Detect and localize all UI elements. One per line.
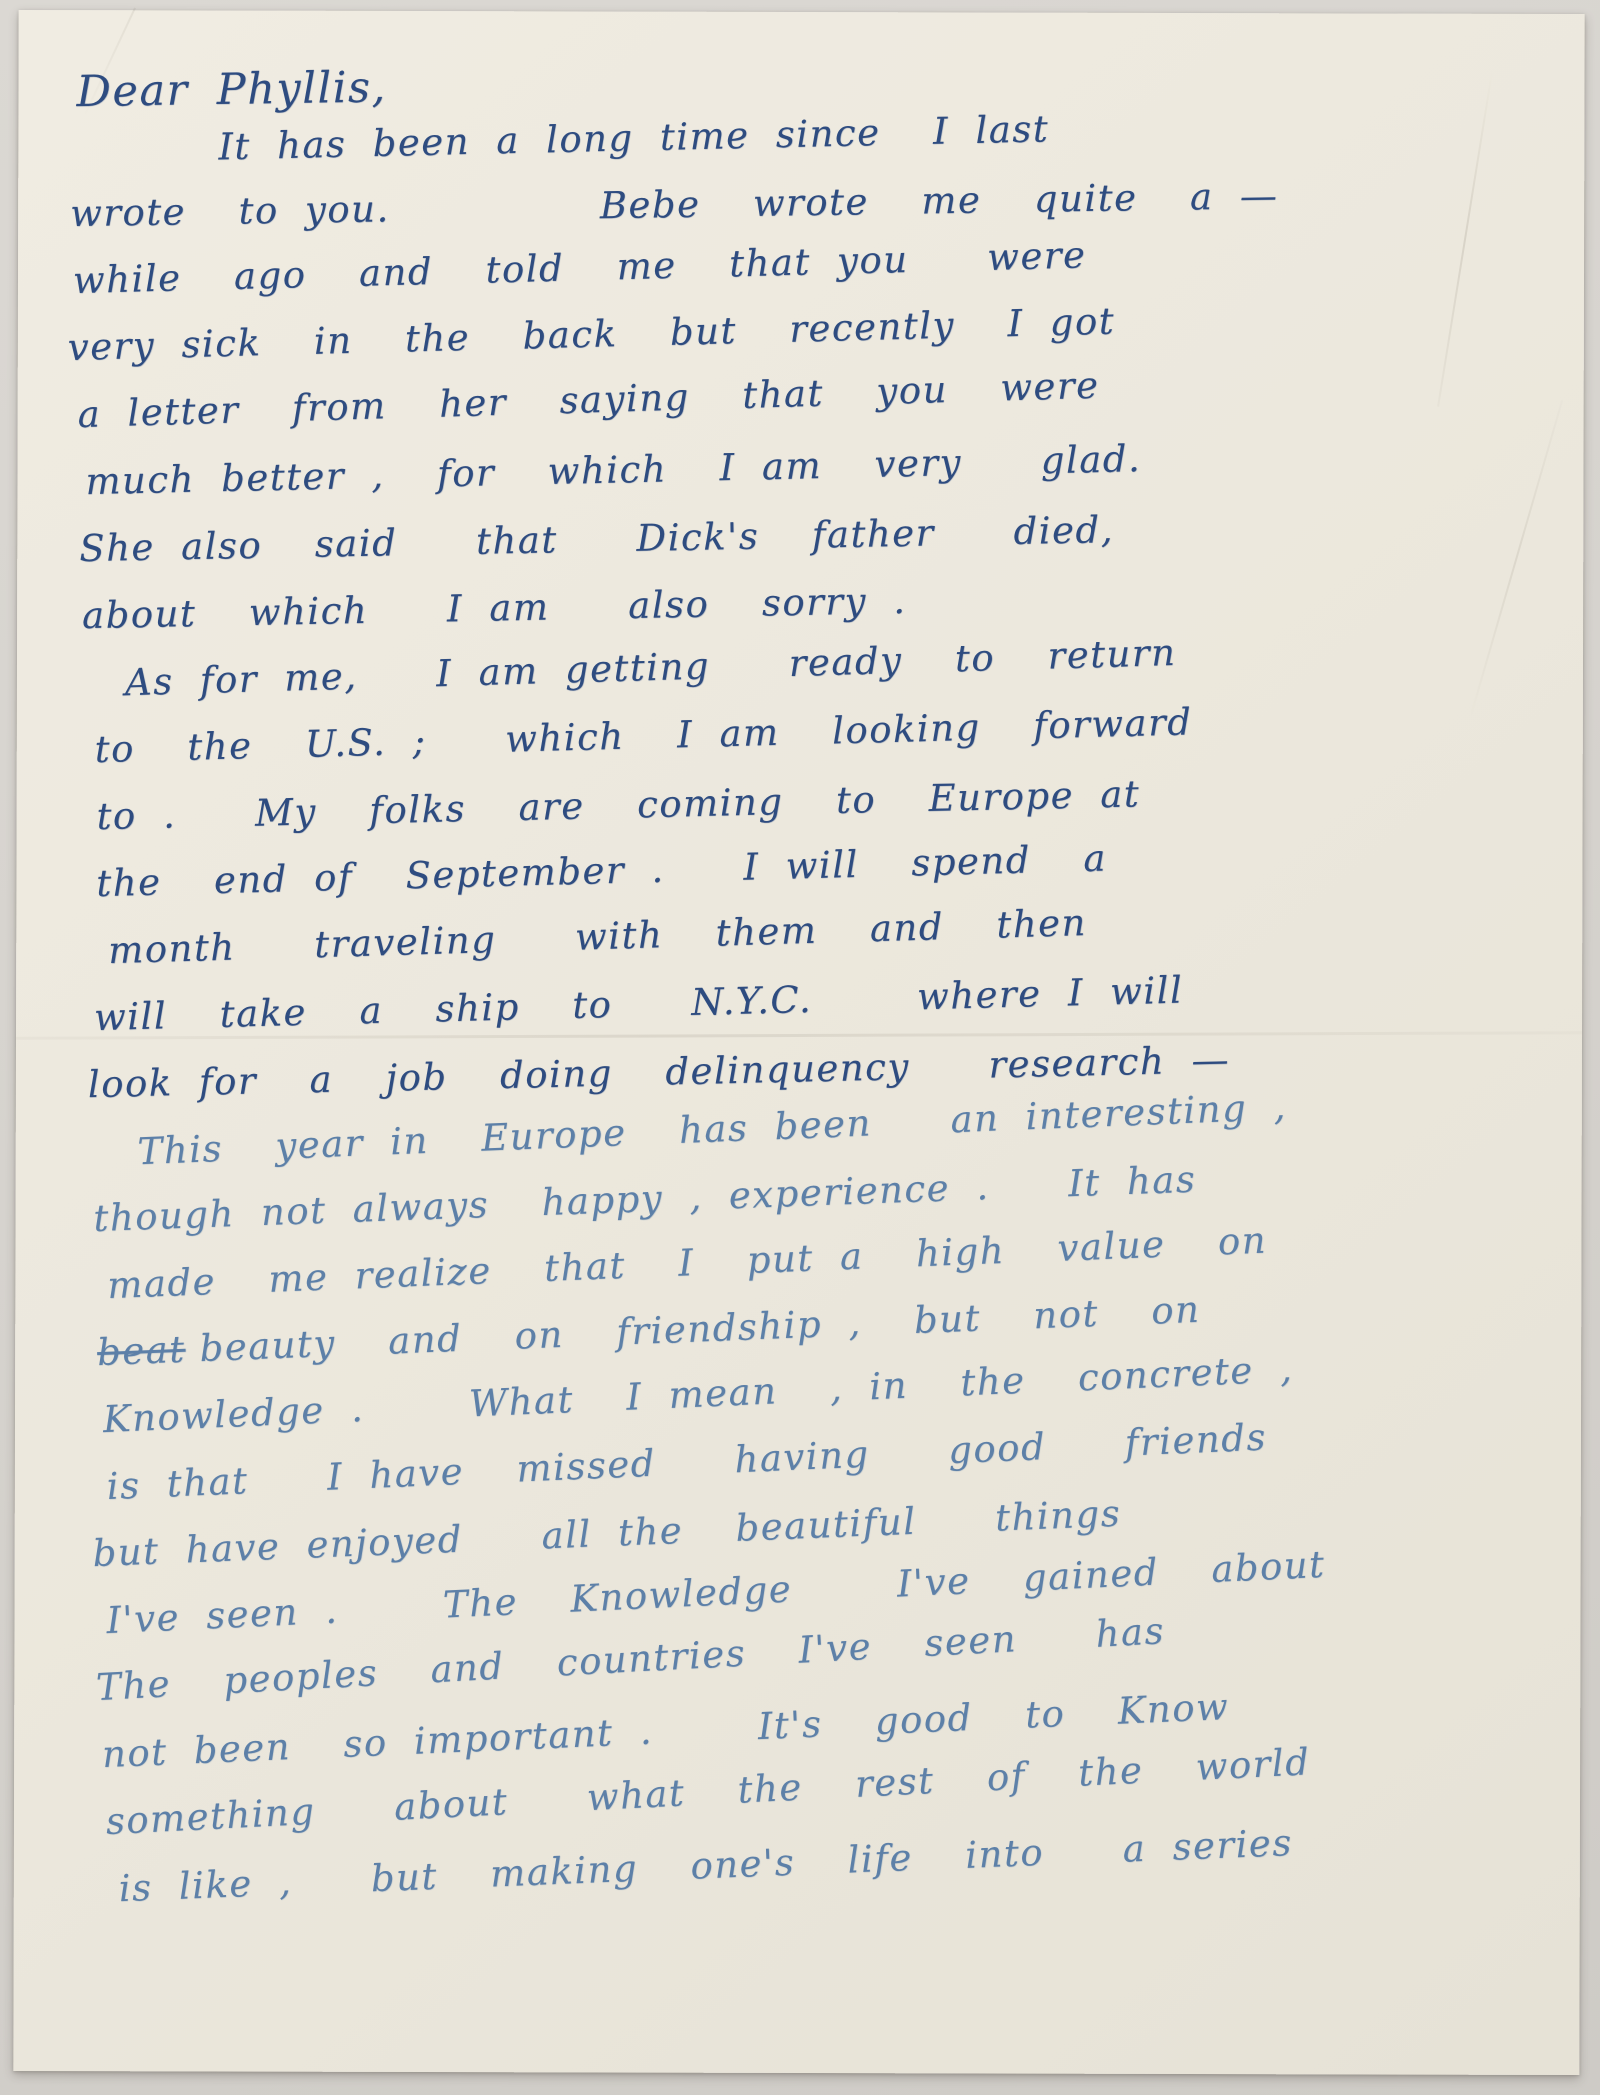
letter-line-text: to . My folks are coming to Europe at [96,772,1141,838]
struck-word: beat [96,1328,186,1374]
letter-paper: Dear Phyllis, It has been a long time si… [13,10,1584,2075]
letter-line-text: Dear Phyllis, [76,63,387,118]
letter-line-text: She also said that Dick's father died, [79,508,1114,570]
letter-line-text: much better , for which I am very glad. [85,437,1142,503]
letter-line-text: It has been a long time since I last [218,107,1050,168]
letter-photo: { "document": { "type": "handwritten-let… [0,0,1600,2095]
letter-body: Dear Phyllis, It has been a long time si… [14,60,1585,1928]
letter-line-text: about which I am also sorry . [82,579,907,637]
